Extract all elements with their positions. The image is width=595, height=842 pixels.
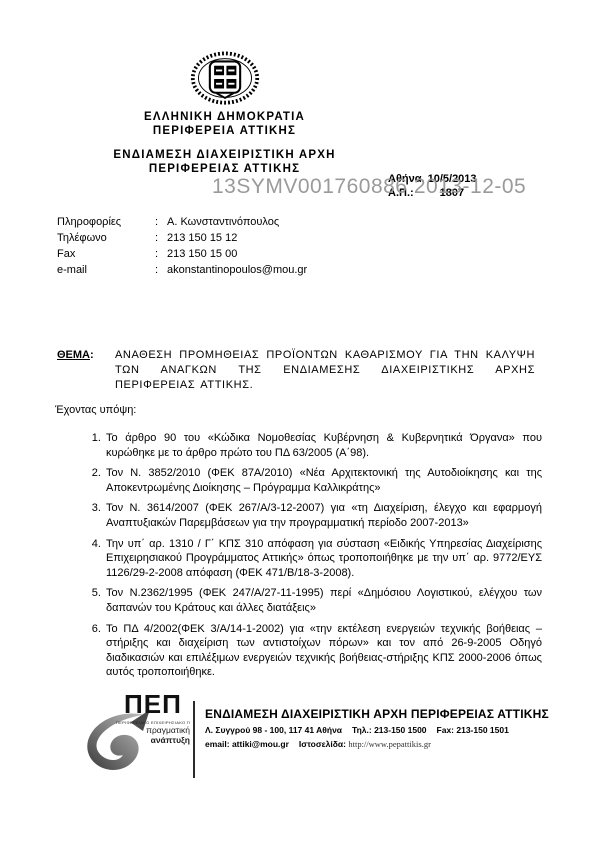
subject-label: ΘΕΜΑ: [57, 348, 115, 393]
contact-colon: : [155, 246, 167, 262]
pep-slogan: πραγματική ανάπτυξη [114, 726, 190, 745]
legal-list: Το άρθρο 90 του «Κώδικα Νομοθεσίας Κυβέρ… [86, 431, 542, 686]
contact-block: Πληροφορίες : Α. Κωνσταντινόπουλος Τηλέφ… [57, 214, 307, 278]
pep-acronym: ΠΕΠ [124, 691, 182, 717]
contact-row-fax: Fax : 213 150 15 00 [57, 246, 307, 262]
footer-email-pair: email: attiki@mou.gr [205, 739, 289, 749]
list-item: Την υπ΄ αρ. 1310 / Γ΄ ΚΠΣ 310 απόφαση γι… [104, 537, 542, 581]
list-item: Τον Ν. 3614/2007 (ΦΕΚ 267/Α/3-12-2007) γ… [104, 501, 542, 530]
org-line-4: ΠΕΡΙΦΕΡΕΙΑΣ ΑΤΤΙΚΗΣ [52, 162, 397, 176]
contact-colon: : [155, 214, 167, 230]
contact-email-value: akonstantinopoulos@mou.gr [167, 262, 307, 278]
contact-value: Α. Κωνσταντινόπουλος [167, 214, 279, 230]
pep-logo: ΠΕΠ ΠΕΡΙΦΕΡΕΙΑΚΟ ΕΠΙΧΕΙΡΗΣΙΑΚΟ ΠΡΟΓΡΑΜΜΑ… [84, 699, 190, 783]
org-line-3: ΕΝΔΙΑΜΕΣΗ ΔΙΑΧΕΙΡΙΣΤΙΚΗ ΑΡΧΗ [52, 148, 397, 162]
contact-colon: : [155, 262, 167, 278]
page: { "watermark": "13SYMV001760886 2013-12-… [0, 0, 595, 842]
contact-label: Τηλέφωνο [57, 230, 155, 246]
document-page: ΕΛΛΗΝΙΚΗ ΔΗΜΟΚΡΑΤΙΑ ΠΕΡΙΦΕΡΕΙΑ ΑΤΤΙΚΗΣ Ε… [0, 0, 595, 842]
org-line-1: ΕΛΛΗΝΙΚΗ ΔΗΜΟΚΡΑΤΙΑ [52, 110, 397, 124]
footer-site-label: Ιστοσελίδα: [299, 739, 346, 749]
org-line-2: ΠΕΡΙΦΕΡΕΙΑ ΑΤΤΙΚΗΣ [52, 124, 397, 138]
footer-address-line: Λ. Συγγρού 98 - 100, 117 41 Αθήνα Τηλ.: … [205, 725, 550, 735]
footer-block: ΕΝΔΙΑΜΕΣΗ ΔΙΑΧΕΙΡΙΣΤΙΚΗ ΑΡΧΗ ΠΕΡΙΦΕΡΕΙΑΣ… [205, 707, 550, 749]
adam-watermark: 13SYMV001760886 2013-12-05 [212, 175, 526, 199]
contact-colon: : [155, 230, 167, 246]
pep-slogan-line2: ανάπτυξη [114, 736, 190, 746]
footer-tel: Τηλ.: 213-150 1500 [352, 725, 427, 735]
footer-fax: Fax: 213-150 1501 [437, 725, 509, 735]
contact-row-email: e-mail : akonstantinopoulos@mou.gr [57, 262, 307, 278]
footer-divider [193, 701, 195, 778]
contact-value: 213 150 15 12 [167, 230, 237, 246]
contact-label: Fax [57, 246, 155, 262]
footer-email: attiki@mou.gr [232, 739, 289, 749]
contact-value: 213 150 15 00 [167, 246, 237, 262]
letterhead: ΕΛΛΗΝΙΚΗ ΔΗΜΟΚΡΑΤΙΑ ΠΕΡΙΦΕΡΕΙΑ ΑΤΤΙΚΗΣ Ε… [52, 50, 397, 176]
list-item: Το ΠΔ 4/2002(ΦΕΚ 3/Α/14-1-2002) για «την… [104, 622, 542, 680]
footer-address: Λ. Συγγρού 98 - 100, 117 41 Αθήνα [205, 725, 342, 735]
contact-row-info: Πληροφορίες : Α. Κωνσταντινόπουλος [57, 214, 307, 230]
contact-row-phone: Τηλέφωνο : 213 150 15 12 [57, 230, 307, 246]
footer-email-label: email: [205, 739, 230, 749]
intro-line: Έχοντας υπόψη: [55, 404, 136, 416]
list-item: Τον Ν. 3852/2010 (ΦΕΚ 87Α/2010) «Νέα Αρχ… [104, 466, 542, 495]
list-item: Το άρθρο 90 του «Κώδικα Νομοθεσίας Κυβέρ… [104, 431, 542, 460]
footer-email-line: email: attiki@mou.gr Ιστοσελίδα: http://… [205, 739, 550, 749]
subject-block: ΘΕΜΑ: ΑΝΑΘΕΣΗ ΠΡΟΜΗΘΕΙΑΣ ΠΡΟΪΟΝΤΩΝ ΚΑΘΑΡ… [57, 348, 537, 393]
contact-label: e-mail [57, 262, 155, 278]
footer-site-pair: Ιστοσελίδα: http://www.pepattikis.gr [299, 739, 431, 749]
hellenic-republic-emblem-icon [52, 50, 397, 110]
subject-text: ΑΝΑΘΕΣΗ ΠΡΟΜΗΘΕΙΑΣ ΠΡΟΪΟΝΤΩΝ ΚΑΘΑΡΙΣΜΟΥ … [115, 348, 535, 393]
footer-site-url: http://www.pepattikis.gr [348, 739, 431, 749]
list-item: Τον Ν.2362/1995 (ΦΕΚ 247/Α/27-11-1995) π… [104, 586, 542, 615]
footer-title: ΕΝΔΙΑΜΕΣΗ ΔΙΑΧΕΙΡΙΣΤΙΚΗ ΑΡΧΗ ΠΕΡΙΦΕΡΕΙΑΣ… [205, 707, 550, 721]
contact-label: Πληροφορίες [57, 214, 155, 230]
